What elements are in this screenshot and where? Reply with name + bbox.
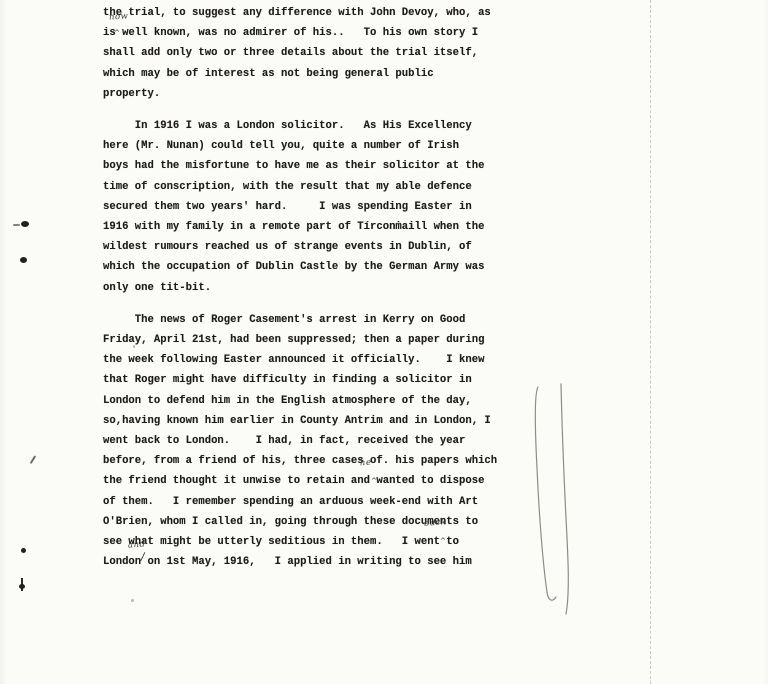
ink-mark-dot xyxy=(19,584,25,589)
paragraph: In 1916 I was a London solicitor. As His… xyxy=(103,116,523,298)
typed-line: here (Mr. Nunan) could tell you, quite a… xyxy=(103,136,523,156)
typed-line: 1916 with my family in a remote part of … xyxy=(103,217,523,237)
typed-line: so,having known him earlier in County An… xyxy=(103,411,523,431)
ink-mark-dot xyxy=(20,257,27,263)
typed-line: Friday, April 21st, had been suppressed;… xyxy=(103,330,523,350)
typed-line: shall add only two or three details abou… xyxy=(103,43,523,63)
typed-line: The news of Roger Casement's arrest in K… xyxy=(103,310,523,330)
typed-line: of them. I remember spending an arduous … xyxy=(103,492,523,512)
typed-line: the friend thought it unwise to retain a… xyxy=(103,471,523,491)
paragraph: the trial, to suggest any difference wit… xyxy=(103,3,523,104)
typed-line: boys had the misfortune to have me as th… xyxy=(103,156,523,176)
typed-line: before, from a friend of his, three case… xyxy=(103,451,523,471)
page-fold-line xyxy=(650,0,651,684)
typed-line: In 1916 I was a London solicitor. As His… xyxy=(103,116,523,136)
ink-mark-tick xyxy=(30,455,36,463)
typed-line: see what might be utterly seditious in t… xyxy=(103,532,523,552)
typed-line: secured them two years' hard. I was spen… xyxy=(103,197,523,217)
pen-stroke-right xyxy=(561,384,568,614)
typed-line: property. xyxy=(103,84,523,104)
typed-line: the week following Easter announced it o… xyxy=(103,350,523,370)
typed-line: the trial, to suggest any difference wit… xyxy=(103,3,523,23)
typed-line: is well known, was no admirer of his.. T… xyxy=(103,23,523,43)
ink-mark-dash xyxy=(13,224,20,226)
typed-line: only one tit-bit. xyxy=(103,278,523,298)
typed-line: time of conscription, with the result th… xyxy=(103,177,523,197)
typed-line: went back to London. I had, in fact, rec… xyxy=(103,431,523,451)
ink-mark-blob xyxy=(21,221,29,227)
typed-line: O'Brien, whom I called in, going through… xyxy=(103,512,523,532)
ink-speck xyxy=(131,599,134,602)
ink-mark-stem xyxy=(21,578,23,591)
typed-line: London on 1st May, 1916, I applied in wr… xyxy=(103,552,523,572)
paragraph: The news of Roger Casement's arrest in K… xyxy=(103,310,523,573)
ink-mark-dot xyxy=(21,548,26,553)
typescript-page: the trial, to suggest any difference wit… xyxy=(0,0,768,684)
typed-line: that Roger might have difficulty in find… xyxy=(103,370,523,390)
pen-stroke-left xyxy=(535,387,556,600)
typed-line: London to defend him in the English atmo… xyxy=(103,391,523,411)
typed-line: wildest rumours reached us of strange ev… xyxy=(103,237,523,257)
typed-text-block: the trial, to suggest any difference wit… xyxy=(103,3,523,572)
typed-line: which may be of interest as not being ge… xyxy=(103,64,523,84)
typed-line: which the occupation of Dublin Castle by… xyxy=(103,257,523,277)
